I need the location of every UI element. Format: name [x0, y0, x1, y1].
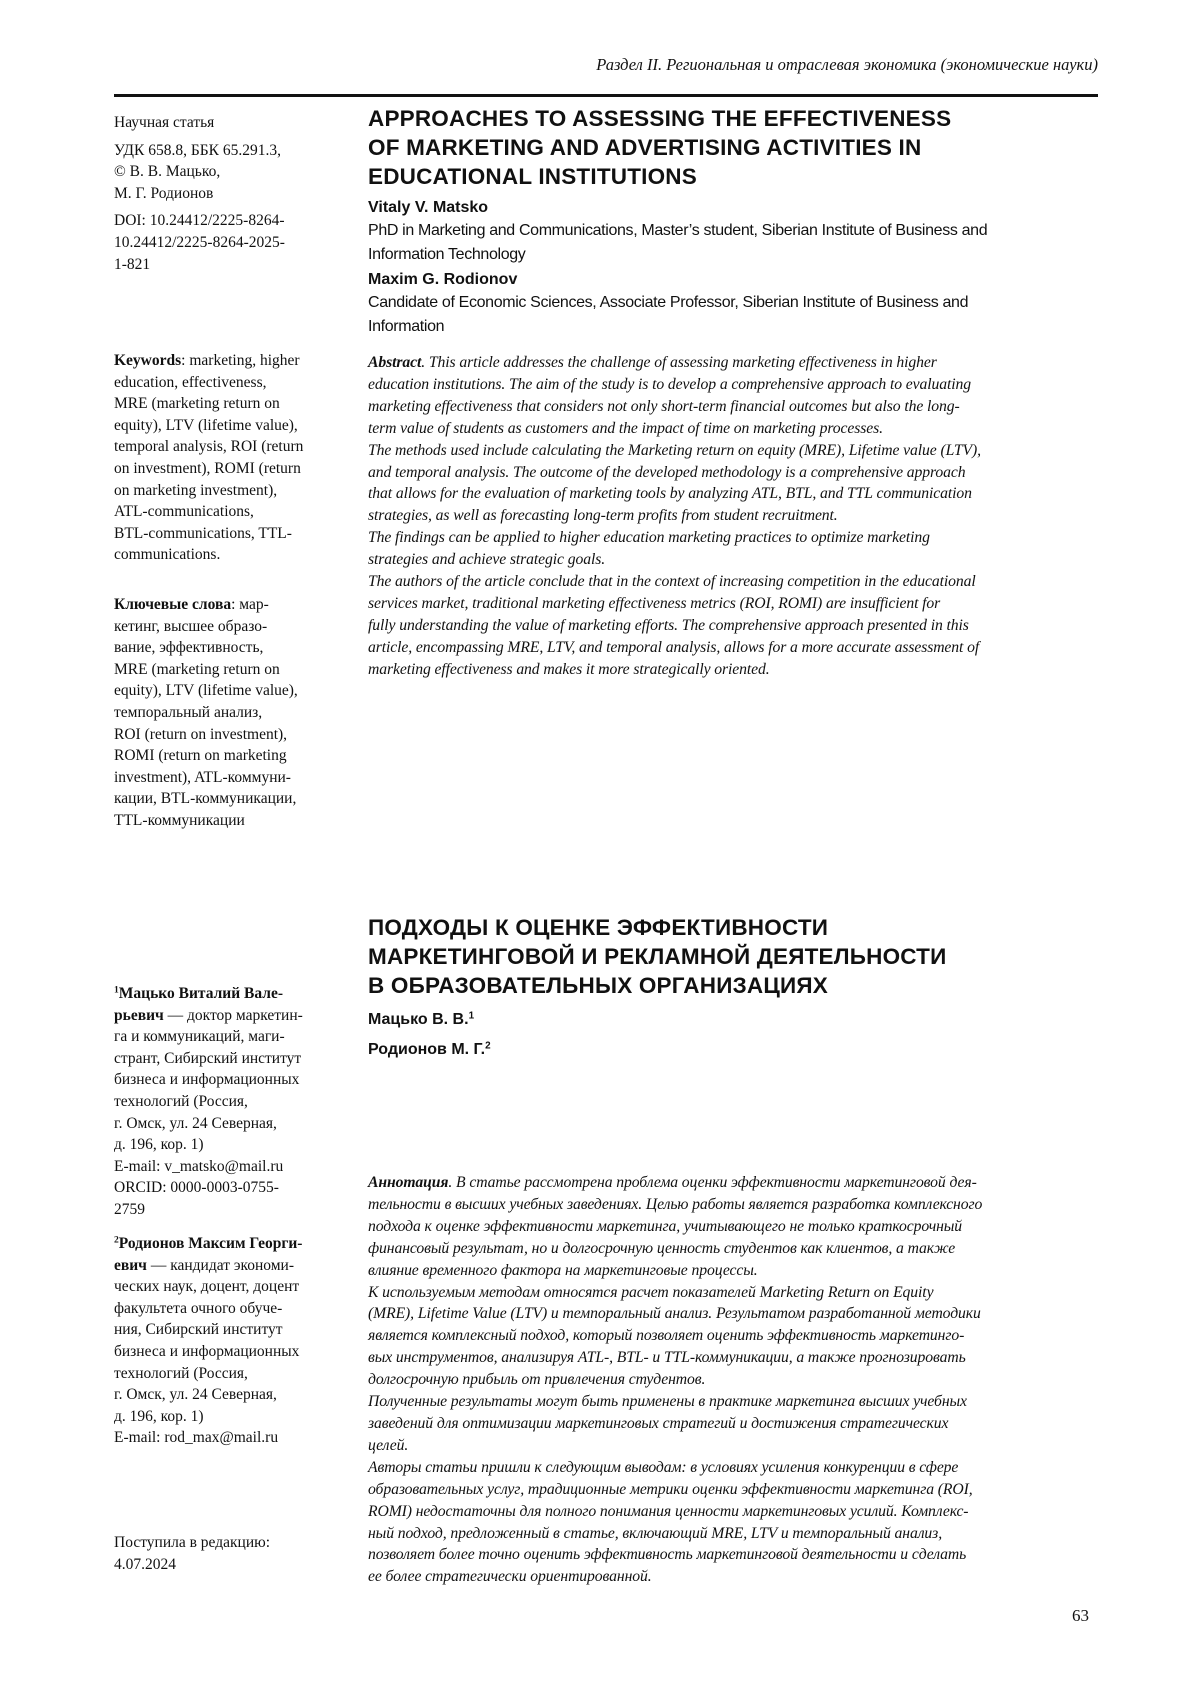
- author-name-2-en: Maxim G. Rodionov: [368, 271, 517, 289]
- author-affiliation-2-en: Candidate of Economic Sciences, Associat…: [368, 291, 968, 339]
- text-line: services market, traditional marketing e…: [368, 593, 981, 615]
- text-line: долгосрочную прибыль от привлечения студ…: [368, 1369, 982, 1391]
- text-line: MRE (marketing return on: [114, 659, 354, 681]
- text-line: that allows for the evaluation of market…: [368, 483, 981, 505]
- text-line: УДК 658.8, ББК 65.291.3,: [114, 140, 354, 162]
- text-line: темпоральный анализ,: [114, 702, 354, 724]
- running-head: Раздел II. Региональная и отраслевая эко…: [120, 55, 1098, 75]
- text-line: ATL-communications,: [114, 501, 354, 523]
- keywords-first-line-ru: : мар-: [231, 596, 269, 613]
- received-date: 4.07.2024: [114, 1554, 354, 1576]
- udk-block: УДК 658.8, ББК 65.291.3,© В. В. Мацько,М…: [114, 140, 354, 205]
- text-line: (MRE), Lifetime Value (LTV) и темпоральн…: [368, 1303, 982, 1325]
- author-affiliation-1-en: PhD in Marketing and Communications, Mas…: [368, 219, 987, 267]
- text-line: E-mail: rod_max@mail.ru: [114, 1427, 354, 1449]
- text-line: образовательных услуг, традиционные метр…: [368, 1479, 982, 1501]
- text-line: кации, BTL-коммуникации,: [114, 788, 354, 810]
- article-title-ru: ПОДХОДЫ К ОЦЕНКЕ ЭФФЕКТИВНОСТИМАРКЕТИНГО…: [368, 913, 946, 1000]
- text-line: on investment), ROMI (return: [114, 458, 354, 480]
- text-line: Information Technology: [368, 243, 987, 267]
- text-line: investment), ATL-коммуни-: [114, 767, 354, 789]
- text-line: В ОБРАЗОВАТЕЛЬНЫХ ОРГАНИЗАЦИЯХ: [368, 971, 946, 1000]
- doi-block[interactable]: DOI: 10.24412/2225-8264-10.24412/2225-82…: [114, 210, 354, 275]
- text-line: вых инструментов, анализируя ATL-, BTL- …: [368, 1347, 982, 1369]
- text-line: влияние временного фактора на маркетинго…: [368, 1260, 982, 1282]
- text-line: д. 196, кор. 1): [114, 1406, 354, 1428]
- keywords-en: Keywords: marketing, higher education, e…: [114, 350, 354, 566]
- text-line: E-mail: v_matsko@mail.ru: [114, 1156, 354, 1178]
- abstract-label-ru: Аннотация: [368, 1174, 448, 1191]
- text-line: технологий (Россия,: [114, 1363, 354, 1385]
- text-line: education institutions. The aim of the s…: [368, 374, 981, 396]
- article-type: Научная статья: [114, 112, 354, 134]
- text-line: OF MARKETING AND ADVERTISING ACTIVITIES …: [368, 133, 951, 162]
- text-line: тельности в высших учебных заведениях. Ц…: [368, 1194, 982, 1216]
- text-line[interactable]: 10.24412/2225-8264-2025-: [114, 232, 354, 254]
- text-line: г. Омск, ул. 24 Северная,: [114, 1113, 354, 1135]
- author-bio-2-lines: ческих наук, доцент, доцентфакультета оч…: [114, 1276, 354, 1449]
- abstract-ru: Аннотация. В статье рассмотрена проблема…: [368, 1172, 982, 1588]
- received-info: Поступила в редакцию: 4.07.2024: [114, 1532, 354, 1575]
- text-line: EDUCATIONAL INSTITUTIONS: [368, 162, 951, 191]
- text-line: fully understanding the value of marketi…: [368, 615, 981, 637]
- text-line: marketing effectiveness that considers n…: [368, 396, 981, 418]
- article-title-en: APPROACHES TO ASSESSING THE EFFECTIVENES…: [368, 104, 951, 191]
- abstract-first-line-en: . This article addresses the challenge o…: [421, 354, 937, 371]
- text-line: МАРКЕТИНГОВОЙ И РЕКЛАМНОЙ ДЕЯТЕЛЬНОСТИ: [368, 942, 946, 971]
- author-sup-1: 1: [469, 1011, 475, 1022]
- text-line: article, encompassing MRE, LTV, and temp…: [368, 637, 981, 659]
- author-bio-1: 1Мацько Виталий Вале- рьевич — доктор ма…: [114, 983, 354, 1221]
- text-line: подхода к оценке эффективности маркетинг…: [368, 1216, 982, 1238]
- text-line[interactable]: DOI: 10.24412/2225-8264-: [114, 210, 354, 232]
- text-line: TTL-коммуникации: [114, 810, 354, 832]
- text-line: ROMI (return on marketing: [114, 745, 354, 767]
- text-line: вание, эффективность,: [114, 637, 354, 659]
- article-meta: Научная статья УДК 658.8, ББК 65.291.3,©…: [114, 112, 354, 275]
- author-sup-2: 2: [485, 1041, 491, 1052]
- text-line: д. 196, кор. 1): [114, 1134, 354, 1156]
- text-line: Information: [368, 315, 968, 339]
- abstract-first-line-ru: . В статье рассмотрена проблема оценки э…: [448, 1174, 976, 1191]
- text-line: strategies and achieve strategic goals.: [368, 549, 981, 571]
- text-line: ее более стратегически ориентированной.: [368, 1566, 982, 1588]
- text-line: Candidate of Economic Sciences, Associat…: [368, 291, 968, 315]
- author-bio-2: 2Родионов Максим Георги- евич — кандидат…: [114, 1233, 354, 1449]
- text-line: MRE (marketing return on: [114, 393, 354, 415]
- text-line: 2759: [114, 1199, 354, 1221]
- text-line: кетинг, высшее образо-: [114, 616, 354, 638]
- text-line: The authors of the article conclude that…: [368, 571, 981, 593]
- text-line: term value of students as customers and …: [368, 418, 981, 440]
- text-line: on marketing investment),: [114, 480, 354, 502]
- author-bio-1-lines: га и коммуникаций, маги-странт, Сибирски…: [114, 1026, 354, 1220]
- text-line: позволяет более точно оценить эффективно…: [368, 1544, 982, 1566]
- text-line: факультета очного обуче-: [114, 1298, 354, 1320]
- abstract-en: Abstract. This article addresses the cha…: [368, 352, 981, 681]
- abstract-body-ru: тельности в высших учебных заведениях. Ц…: [368, 1194, 982, 1588]
- text-line: бизнеса и информационных: [114, 1069, 354, 1091]
- text-line: temporal analysis, ROI (return: [114, 436, 354, 458]
- text-line: бизнеса и информационных: [114, 1341, 354, 1363]
- keywords-lines-ru: кетинг, высшее образо-вание, эффективнос…: [114, 616, 354, 832]
- text-line: ния, Сибирский институт: [114, 1319, 354, 1341]
- text-line[interactable]: 1-821: [114, 254, 354, 276]
- text-line: г. Омск, ул. 24 Северная,: [114, 1384, 354, 1406]
- text-line: education, effectiveness,: [114, 372, 354, 394]
- text-line: marketing effectiveness and makes it mor…: [368, 659, 981, 681]
- text-line: BTL-communications, TTL-: [114, 523, 354, 545]
- text-line: PhD in Marketing and Communications, Mas…: [368, 219, 987, 243]
- keywords-ru: Ключевые слова: мар- кетинг, высшее обра…: [114, 594, 354, 832]
- text-line: Авторы статьи пришли к следующим выводам…: [368, 1457, 982, 1479]
- abstract-label-en: Abstract: [368, 354, 421, 371]
- keywords-label-en: Keywords: [114, 352, 181, 369]
- text-line: © В. В. Мацько,: [114, 161, 354, 183]
- page-number: 63: [1072, 1606, 1089, 1626]
- text-line: технологий (Россия,: [114, 1091, 354, 1113]
- text-line: ORCID: 0000-0003-0755-: [114, 1177, 354, 1199]
- text-line: APPROACHES TO ASSESSING THE EFFECTIVENES…: [368, 104, 951, 133]
- text-line: целей.: [368, 1435, 982, 1457]
- text-line: га и коммуникаций, маги-: [114, 1026, 354, 1048]
- text-line: ROMI) недостаточны для полного понимания…: [368, 1501, 982, 1523]
- author-name-1-ru: Мацько В. В.1: [368, 1011, 474, 1029]
- text-line: ROI (return on investment),: [114, 724, 354, 746]
- received-label: Поступила в редакцию:: [114, 1532, 354, 1554]
- text-line: ческих наук, доцент, доцент: [114, 1276, 354, 1298]
- author-name-1-en: Vitaly V. Matsko: [368, 199, 488, 217]
- header-rule: [114, 94, 1098, 97]
- text-line: equity), LTV (lifetime value),: [114, 680, 354, 702]
- keywords-label-ru: Ключевые слова: [114, 596, 231, 613]
- text-line: strategies, as well as forecasting long-…: [368, 505, 981, 527]
- text-line: equity), LTV (lifetime value),: [114, 415, 354, 437]
- author-name-2-ru: Родионов М. Г.2: [368, 1041, 491, 1059]
- text-line: заведений для оптимизации маркетинговых …: [368, 1413, 982, 1435]
- text-line: ный подход, предложенный в статье, включ…: [368, 1523, 982, 1545]
- text-line: The methods used include calculating the…: [368, 440, 981, 462]
- text-line: communications.: [114, 544, 354, 566]
- text-line: ПОДХОДЫ К ОЦЕНКЕ ЭФФЕКТИВНОСТИ: [368, 913, 946, 942]
- text-line: and temporal analysis. The outcome of th…: [368, 462, 981, 484]
- keywords-lines-en: education, effectiveness,MRE (marketing …: [114, 372, 354, 566]
- text-line: М. Г. Родионов: [114, 183, 354, 205]
- abstract-body-en: education institutions. The aim of the s…: [368, 374, 981, 681]
- text-line: The findings can be applied to higher ed…: [368, 527, 981, 549]
- text-line: финансовый результат, но и долгосрочную …: [368, 1238, 982, 1260]
- text-line: Полученные результаты могут быть примене…: [368, 1391, 982, 1413]
- text-line: странт, Сибирский институт: [114, 1048, 354, 1070]
- text-line: является комплексный подход, который поз…: [368, 1325, 982, 1347]
- keywords-first-line-en: : marketing, higher: [181, 352, 299, 369]
- text-line: К используемым методам относятся расчет …: [368, 1282, 982, 1304]
